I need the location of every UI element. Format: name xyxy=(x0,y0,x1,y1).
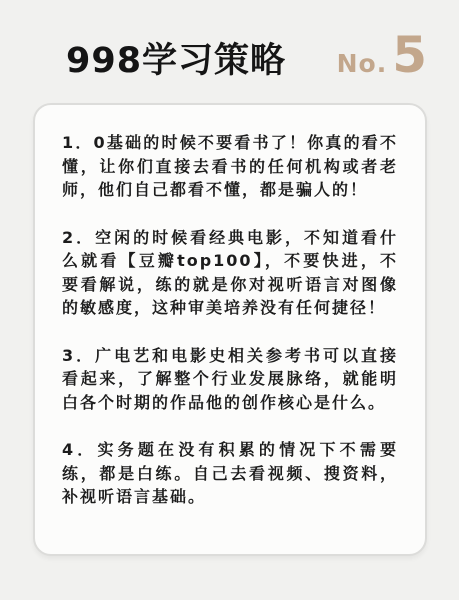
issue-number-value: 5 xyxy=(392,30,427,80)
tip-item-2: 2．空闲的时候看经典电影，不知道看什么就看【豆瓣top100】，不要快进，不要看… xyxy=(62,226,398,320)
issue-number-prefix: No. xyxy=(337,49,388,78)
tip-item-1: 1．0基础的时候不要看书了！你真的看不懂，让你们直接去看书的任何机构或者老师，他… xyxy=(62,131,398,202)
header: 998学习策略 No. 5 xyxy=(66,30,427,82)
tips-card: 1．0基础的时候不要看书了！你真的看不懂，让你们直接去看书的任何机构或者老师，他… xyxy=(33,103,427,556)
tip-item-4: 4．实务题在没有积累的情况下不需要练，都是白练。自己去看视频、搜资料，补视听语言… xyxy=(62,438,398,509)
page-title: 998学习策略 xyxy=(66,40,286,82)
tip-item-3: 3．广电艺和电影史相关参考书可以直接看起来，了解整个行业发展脉络，就能明白各个时… xyxy=(62,344,398,415)
issue-number-badge: No. 5 xyxy=(337,30,427,80)
study-strategy-page: 998学习策略 No. 5 1．0基础的时候不要看书了！你真的看不懂，让你们直接… xyxy=(0,0,459,600)
